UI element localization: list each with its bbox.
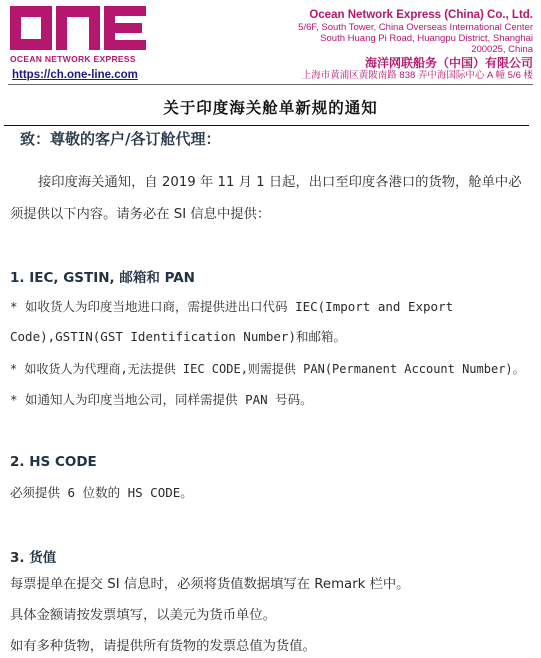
title-divider: [4, 125, 529, 126]
website-link[interactable]: https://ch.one-line.com: [12, 69, 138, 81]
company-name-en: Ocean Network Express (China) Co., Ltd.: [298, 8, 533, 22]
section-2-line-1: 必须提供 6 位数的 HS CODE。: [10, 484, 193, 502]
company-info: Ocean Network Express (China) Co., Ltd. …: [298, 8, 533, 82]
company-address-line3: 200025, China: [298, 44, 533, 55]
company-name-cn: 海洋网联船务（中国）有限公司: [298, 56, 533, 70]
company-address-line1: 5/6F, South Tower, China Overseas Intern…: [298, 22, 533, 33]
intro-line-2: 须提供以下内容。请务必在 SI 信息中提供：: [10, 206, 270, 224]
logo-tagline: OCEAN NETWORK EXPRESS: [10, 54, 148, 64]
intro-line-1: 接印度海关通知，自 2019 年 11 月 1 日起，出口至印度各港口的货物，舱…: [38, 174, 522, 192]
section-1-heading: 1. IEC, GSTIN, 邮箱和 PAN: [10, 266, 195, 286]
company-address-cn: 上海市黄浦区黄陂南路 838 弄中海国际中心 A 幢 5/6 楼: [298, 70, 533, 82]
section-3-line-1: 每票提单在提交 SI 信息时，必须将货值数据填写在 Remark 栏中。: [10, 576, 409, 594]
company-address-line2: South Huang Pi Road, Huangpu District, S…: [298, 33, 533, 44]
section-1-line-4: * 如通知人为印度当地公司，同样需提供 PAN 号码。: [10, 391, 313, 409]
section-3-line-2: 具体金额请按发票填写，以美元为货币单位。: [10, 607, 276, 625]
section-1-line-3: * 如收货人为代理商,无法提供 IEC CODE,则需提供 PAN(Perman…: [10, 360, 525, 378]
section-1-line-1: * 如收货人为印度当地进口商，需提供进出口代码 IEC(Import and E…: [10, 298, 453, 316]
section-2-heading: 2. HS CODE: [10, 454, 97, 470]
one-logo: OCEAN NETWORK EXPRESS: [10, 6, 148, 64]
section-3-heading: 3. 货值: [10, 546, 56, 566]
header-divider: [8, 84, 533, 85]
section-1-line-2: Code),GSTIN(GST Identification Number)和邮…: [10, 328, 346, 346]
salutation: 致：尊敬的客户/各订舱代理：: [20, 128, 220, 149]
letterhead: OCEAN NETWORK EXPRESS https://ch.one-lin…: [0, 0, 541, 88]
document-title: 关于印度海关舱单新规的通知: [0, 96, 541, 118]
one-wordmark-icon: [10, 6, 148, 50]
section-3-line-3: 如有多种货物，请提供所有货物的发票总值为货值。: [10, 638, 316, 656]
